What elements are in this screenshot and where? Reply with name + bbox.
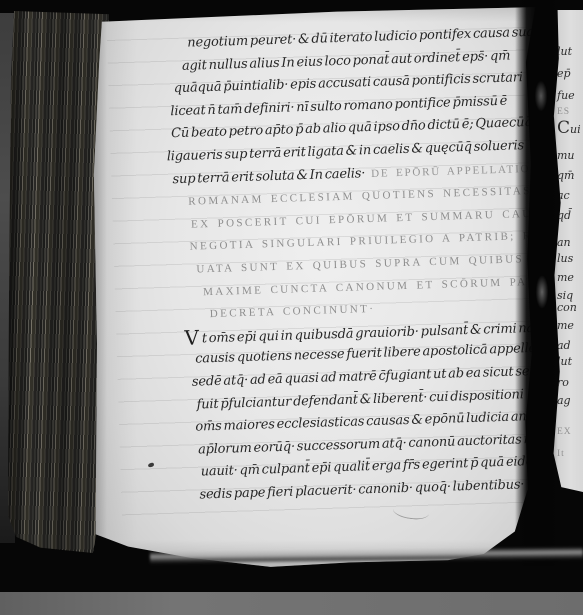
text-block: negotium peuret· & dū iterato ludicio po… (93, 22, 552, 510)
line-text: DECRETA CONCINUNT· (210, 303, 376, 320)
initial-letter: V (184, 325, 199, 349)
facing-page-fragment: mu (557, 149, 575, 162)
manuscript-photo: negotium peuret· & dū iterato ludicio po… (0, 0, 583, 615)
facing-page-fragment: ES (557, 107, 570, 117)
facing-page-fragment: con (557, 301, 577, 314)
facing-page-fragment: me (557, 271, 574, 284)
facing-page-fragment: lut (557, 45, 572, 58)
facing-page-fragment: ad (557, 339, 571, 352)
facing-page-fragment: ep̄ (557, 67, 571, 80)
facing-page-fragment: EX (557, 427, 572, 437)
table-surface-band (0, 592, 583, 615)
line-text: sup terrā erit soluta & In caelis· (172, 166, 365, 187)
facing-page-fragment: fue (557, 89, 575, 102)
facing-page-fragment: Cui (557, 118, 581, 138)
facing-page-fragment: qm̄ (557, 169, 574, 182)
manuscript-page: negotium peuret· & dū iterato ludicio po… (93, 6, 537, 568)
facing-page-fragment: lus (557, 252, 573, 265)
facing-page-fragment: ag (557, 394, 571, 407)
facing-page-fragment: me (557, 319, 574, 332)
book-fore-edge (8, 11, 109, 553)
facing-page-fragment: an (557, 236, 571, 249)
facing-page-fragment: It (557, 449, 565, 459)
